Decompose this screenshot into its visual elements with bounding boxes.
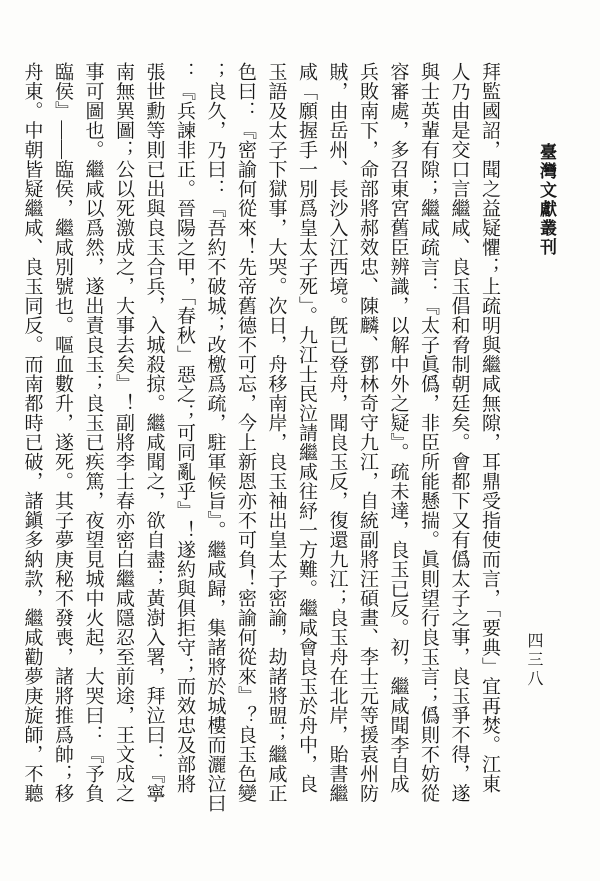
text-column: ：『兵諫非正。晉陽之甲，「春秋」惡之；可同亂乎』！遂約與俱拒守；而效忠及部將 <box>169 62 200 824</box>
page-number: 四三八 <box>522 632 545 689</box>
text-column: 事可圖也。繼咸以爲然，遂出責良玉；良玉已疾篤，夜望見城中火起，大哭曰：『予負 <box>77 62 108 824</box>
text-column: 兵敗南下，命部將郝效忠、陳麟、鄧林奇守九江，自統副將汪碩畫、李士元等援袁州防 <box>352 62 383 824</box>
text-column: 臨侯』——臨侯，繼咸別號也。嘔血數升，遂死。其子夢庚秘不發喪，諸將推爲帥；移 <box>47 62 78 824</box>
text-column: 容審處，多召東宮舊臣辨識，以解中外之疑』。疏未達，良玉已反。初，繼咸聞李自成 <box>382 62 413 824</box>
text-column: 拜監國詔，聞之益疑懼；上疏明與繼咸無隙，耳鼎受指使而言，「要典」宜再焚。江東 <box>474 62 505 824</box>
text-column: 玉語及太子下獄事，大哭。次日，舟移南岸，良玉袖出皇太子密諭，劫諸將盟；繼咸正 <box>260 62 291 824</box>
text-column: 咸「願握手一別爲皇太子死」。九江士民泣請繼咸往紓一方難。繼咸會良玉於舟中，良 <box>291 62 322 824</box>
text-column: ；良久，乃曰：『吾約不破城；改檄爲疏，駐軍候旨』。繼咸歸，集諸將於城樓而灑泣曰 <box>199 62 230 824</box>
text-column: 人乃由是交口言繼咸、良玉倡和脅制朝廷矣。會都下又有僞太子之事，良玉爭不得，遂 <box>443 62 474 824</box>
text-column: 南無異圖；公以死激成之，大事去矣』！副將李士春亦密白繼咸隱忍至前途，王文成之 <box>108 62 139 824</box>
text-column: 張世勳等則已出與良玉合兵，入城殺掠。繼咸聞之，欲自盡；黃澍入署，拜泣曰：『寧 <box>138 62 169 824</box>
text-column: 賊，由岳州、長沙入江西境。旣已登舟，聞良玉反，復還九江；良玉舟在北岸，貽書繼 <box>321 62 352 824</box>
text-block: 拜監國詔，聞之益疑懼；上疏明與繼咸無隙，耳鼎受指使而言，「要典」宜再焚。江東人乃… <box>16 62 504 824</box>
book-page: 臺灣文獻叢刊 四三八 拜監國詔，聞之益疑懼；上疏明與繼咸無隙，耳鼎受指使而言，「… <box>0 0 600 881</box>
text-column: 色曰：『密諭何從來！先帝舊德不可忘，今上新恩亦不可負！密諭何從來』？良玉色變 <box>230 62 261 824</box>
series-header: 臺灣文獻叢刊 <box>534 143 559 257</box>
text-column: 與士英輩有隙；繼咸疏言：『太子眞僞，非臣所能懸揣。眞則望行良玉言；僞則不妨從 <box>413 62 444 824</box>
text-column: 舟東。中朝皆疑繼咸、良玉同反。而南都時已破，諸鎭多納款，繼咸勸夢庚旋師，不聽 <box>16 62 47 824</box>
